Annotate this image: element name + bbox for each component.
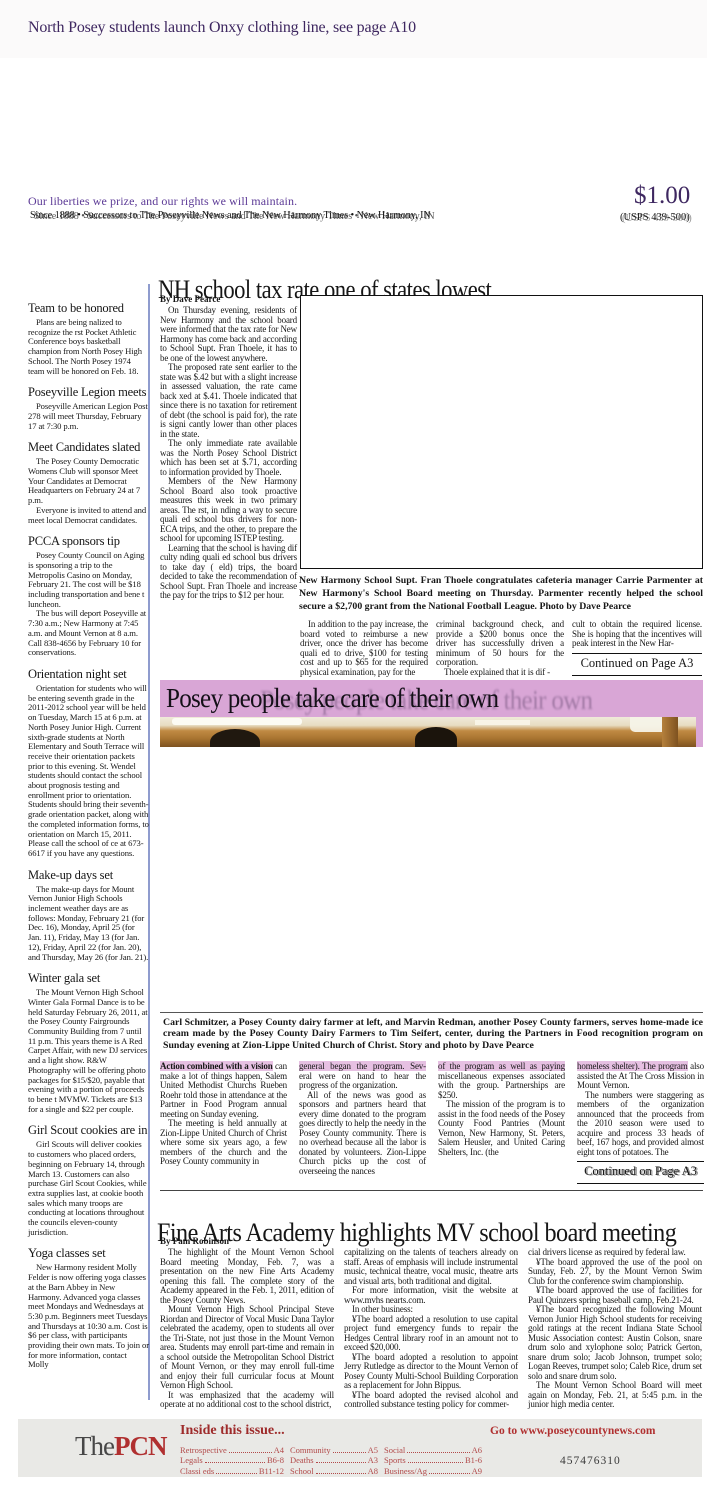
posey-col4-paragraph: homeless shelter). The program also assi… — [577, 1062, 704, 1091]
brief-title: Meet Candidates slated — [28, 440, 149, 455]
dot-leader — [333, 1452, 366, 1453]
paragraph: Mount Vernon High School Principal Steve… — [160, 1305, 334, 1391]
lead-continuation: eral were on hand to hear the progress o… — [299, 1071, 426, 1091]
brief-title: Yoga classes set — [28, 1246, 149, 1261]
index-row: SocialA6 — [384, 1444, 482, 1455]
index-row: Business/AgA9 — [384, 1465, 482, 1476]
finearts-article-headline: Fine Arts Academy highlights MV school b… — [157, 1218, 676, 1248]
index-row: SchoolA8 — [290, 1465, 378, 1476]
since-line-ghost: Since 1888 • Successors to The Poseyvill… — [34, 211, 435, 222]
index-label: Business/Ag — [384, 1466, 427, 1476]
inside-issue-title: Inside this issue... — [180, 1423, 285, 1439]
index-label: Social — [384, 1445, 405, 1455]
highlighted-lead: homeless shelter). The program — [577, 1061, 688, 1071]
paragraph: ¥The board approved the use of facilitie… — [528, 1286, 702, 1305]
paragraph: ¥The board adopted a resolution to use c… — [344, 1315, 518, 1353]
index-page: B11-12 — [259, 1466, 284, 1476]
paragraph: ¥The board adopted a resolution to appoi… — [344, 1353, 518, 1391]
index-row: CommunityA5 — [290, 1444, 378, 1455]
index-row: DeathsA3 — [290, 1455, 378, 1466]
index-row: SportsB1-6 — [384, 1455, 482, 1466]
nh-col3-paragraph: Thoele explained that it is dif - — [436, 668, 564, 678]
index-page: A4 — [274, 1445, 284, 1455]
top-teaser-text: North Posey students launch Onxy clothin… — [28, 19, 416, 37]
index-column-1: RetrospectiveA4 LegalsB6-8 Classi edsB11… — [180, 1444, 284, 1476]
paragraph: The bus will deport Poseyville at 7:30 a… — [28, 609, 149, 658]
paragraph: The only immediate rate available was th… — [160, 439, 297, 477]
nh-article-byline: By Dave Pearce — [160, 294, 220, 304]
brief-winter-gala: Winter gala set The Mount Vernon High Sc… — [28, 971, 149, 1114]
dot-leader — [205, 1462, 265, 1463]
footer-band: ThePCN Inside this issue... Retrospectiv… — [18, 1419, 702, 1477]
nh-photo-caption: New Harmony School Supt. Fran Thoele con… — [299, 574, 703, 613]
paragraph: The proposed rate sent earlier to the st… — [160, 363, 297, 439]
brief-body: Orientation for students who will be ent… — [28, 684, 149, 859]
brief-title: Team to be honored — [28, 301, 149, 316]
paragraph: New Harmony resident Molly Felder is now… — [28, 1263, 149, 1370]
brief-pcca-trip: PCCA sponsors tip Posey County Council o… — [28, 534, 149, 658]
masthead-since-line: Since 1888 • Successors to The Poseyvill… — [30, 210, 431, 221]
dot-leader — [316, 1462, 366, 1463]
index-page: B1-6 — [465, 1455, 482, 1465]
brief-body: The Mount Vernon High School Winter Gala… — [28, 988, 149, 1114]
posey-col3-paragraph: The mission of the program is to assist … — [438, 1100, 565, 1157]
index-page: B6-8 — [267, 1455, 284, 1465]
posey-col4-paragraph: The numbers were staggering as members o… — [577, 1091, 704, 1158]
index-label: Legals — [180, 1455, 203, 1465]
pcn-logo-the: The — [75, 1431, 114, 1461]
posey-article-column-4: homeless shelter). The program also assi… — [577, 1062, 704, 1184]
index-row: RetrospectiveA4 — [180, 1444, 284, 1455]
posey-col3-paragraph: of the program as well as paying miscell… — [438, 1062, 565, 1100]
brief-body: Poseyville American Legion Post 278 will… — [28, 402, 149, 431]
paragraph: For more information, visit the website … — [344, 1286, 518, 1305]
paragraph: The highlight of the Mount Vernon School… — [160, 1248, 334, 1305]
paragraph: Orientation for students who will be ent… — [28, 684, 149, 859]
brief-body: The make-up days for Mount Vernon Junior… — [28, 885, 149, 963]
posey-photo-caption: Carl Schmitzer, a Posey County dairy far… — [163, 1017, 703, 1051]
paragraph: Learning that the school is having dif c… — [160, 544, 297, 601]
caption-rule — [160, 1012, 703, 1013]
paragraph: capitalizing on the talents of teachers … — [344, 1248, 518, 1286]
dot-leader — [229, 1452, 272, 1453]
brief-team-honored: Team to be honored Plans are being naliz… — [28, 301, 149, 376]
brief-title: PCCA sponsors tip — [28, 534, 149, 549]
paragraph: Plans are being nalized to recognize the… — [28, 318, 149, 376]
brief-makeup-days: Make-up days set The make-up days for Mo… — [28, 868, 149, 963]
issue-code: 457476310 — [560, 1455, 621, 1467]
cover-price: $1.00 — [634, 182, 690, 210]
dot-leader — [408, 1462, 463, 1463]
paragraph: Posey County Council on Aging is sponsor… — [28, 551, 149, 609]
highlighted-lead: general began the program. Sev- — [299, 1061, 426, 1071]
brief-body: The Posey County Democratic Womens Club … — [28, 457, 149, 525]
posey-banner-headline: Posey people take care of their own — [166, 683, 498, 714]
index-label: School — [290, 1466, 314, 1476]
nh-article-column-2: In addition to the pay increase, the boa… — [300, 620, 428, 677]
index-column-2: CommunityA5 DeathsA3 SchoolA8 — [290, 1444, 378, 1476]
index-label: Sports — [384, 1455, 406, 1465]
person-silhouette — [415, 727, 457, 747]
posey-col1-paragraph: Action combined with a vision can make a… — [160, 1062, 287, 1119]
posey-article-column-2: general began the program. Sev- eral wer… — [299, 1062, 426, 1176]
index-page: A6 — [472, 1445, 482, 1455]
index-column-3: SocialA6 SportsB1-6 Business/AgA9 — [384, 1444, 482, 1476]
paragraph: On Thursday evening, residents of New Ha… — [160, 306, 297, 363]
paragraph: ¥The board recognized the following Moun… — [528, 1305, 702, 1381]
brief-yoga-classes: Yoga classes set New Harmony resident Mo… — [28, 1246, 149, 1370]
nh-continued-tag: Continued on Page A3 — [572, 653, 702, 676]
brief-title: Girl Scout cookies are in — [28, 1123, 149, 1138]
posey-article-column-3: of the program as well as paying miscell… — [438, 1062, 565, 1157]
index-page: A8 — [368, 1466, 378, 1476]
posey-article-column-1: Action combined with a vision can make a… — [160, 1062, 287, 1167]
index-row: LegalsB6-8 — [180, 1455, 284, 1466]
posey-continued-tag: Continued on Page A3 — [577, 1161, 704, 1184]
nh-article-column-4: cult to obtain the required license. She… — [572, 620, 702, 676]
brief-body: Posey County Council on Aging is sponsor… — [28, 551, 149, 658]
usps-number: (USPS 439-500) — [620, 212, 690, 223]
paragraph: Everyone is invited to attend and meet l… — [28, 506, 149, 525]
index-page: A5 — [368, 1445, 378, 1455]
index-row: Classi edsB11-12 — [180, 1465, 284, 1476]
finearts-column-1: The highlight of the Mount Vernon School… — [160, 1248, 334, 1410]
posey-photo-strip — [160, 717, 703, 747]
nh-col4-paragraph: cult to obtain the required license. She… — [572, 620, 702, 649]
paragraph: ¥The board approved the use of the pool … — [528, 1258, 702, 1287]
brief-legion-meets: Poseyville Legion meets Poseyville Ameri… — [28, 385, 149, 431]
index-label: Retrospective — [180, 1445, 227, 1455]
brief-girl-scout-cookies: Girl Scout cookies are in Girl Scouts wi… — [28, 1123, 149, 1237]
paragraph: Girl Scouts will deliver cookies to cust… — [28, 1140, 149, 1237]
highlighted-lead: of the program as well as paying — [438, 1061, 565, 1071]
nh-col3-paragraph: criminal background check, and provide a… — [436, 620, 564, 668]
lead-continuation: miscellaneous expenses associated with t… — [438, 1071, 565, 1100]
news-briefs-sidebar: Team to be honored Plans are being naliz… — [28, 292, 149, 1370]
index-label: Deaths — [290, 1455, 314, 1465]
posey-col2-paragraph: All of the news was good as sponsors and… — [299, 1091, 426, 1177]
posey-col1-paragraph: The meeting is held annually at Zion-Lip… — [160, 1119, 287, 1167]
nh-board-photo-frame — [300, 295, 703, 569]
finearts-column-2: capitalizing on the talents of teachers … — [344, 1248, 518, 1410]
pink-edge — [696, 717, 703, 747]
dot-leader — [407, 1452, 469, 1453]
posey-banner: Posey people take care of their own Pose… — [160, 680, 703, 717]
brief-orientation-night: Orientation night set Orientation for st… — [28, 667, 149, 859]
nh-col2-paragraph: In addition to the pay increase, the boa… — [300, 620, 428, 677]
paragraph: Poseyville American Legion Post 278 will… — [28, 402, 149, 431]
brief-body: Girl Scouts will deliver cookies to cust… — [28, 1140, 149, 1237]
wood-post — [662, 717, 678, 747]
paragraph: The Mount Vernon High School Winter Gala… — [28, 988, 149, 1114]
finearts-column-3: cial drivers license as required by fede… — [528, 1248, 702, 1410]
brief-title: Orientation night set — [28, 667, 149, 682]
brief-body: New Harmony resident Molly Felder is now… — [28, 1263, 149, 1370]
paragraph: It was emphasized that the academy will … — [160, 1391, 334, 1410]
brief-title: Winter gala set — [28, 971, 149, 986]
dot-leader — [316, 1473, 366, 1474]
dot-leader — [216, 1473, 257, 1474]
index-label: Classi eds — [180, 1466, 214, 1476]
lead-continuation: can make a lot of things happen, Salem U… — [160, 1061, 287, 1119]
nh-article-column-1: On Thursday evening, residents of New Ha… — [160, 306, 297, 601]
brief-body: Plans are being nalized to recognize the… — [28, 318, 149, 376]
brief-meet-candidates: Meet Candidates slated The Posey County … — [28, 440, 149, 525]
nh-article-column-3: criminal background check, and provide a… — [436, 620, 564, 677]
section-divider-rule — [160, 1190, 703, 1191]
newspaper-front-page: North Posey students launch Onxy clothin… — [0, 0, 707, 1500]
paragraph: The Mount Vernon School Board will meet … — [528, 1381, 702, 1410]
finearts-article-byline: By Pam Robinson — [160, 1236, 229, 1246]
paragraph: The Posey County Democratic Womens Club … — [28, 457, 149, 506]
ceiling-light — [172, 718, 302, 725]
index-page: A3 — [368, 1455, 378, 1465]
index-label: Community — [290, 1445, 331, 1455]
dot-leader — [429, 1473, 470, 1474]
person-silhouette — [210, 729, 260, 747]
pcn-logo: ThePCN — [75, 1431, 166, 1462]
posey-col2-paragraph: general began the program. Sev- eral wer… — [299, 1062, 426, 1091]
paragraph: The make-up days for Mount Vernon Junior… — [28, 885, 149, 963]
highlighted-lead: Action combined with a vision — [160, 1061, 273, 1071]
paragraph: Members of the New Harmony School Board … — [160, 477, 297, 544]
index-page: A9 — [472, 1466, 482, 1476]
pcn-logo-pcn: PCN — [114, 1431, 167, 1461]
brief-title: Poseyville Legion meets — [28, 385, 149, 400]
brief-title: Make-up days set — [28, 868, 149, 883]
ceiling-light — [475, 720, 530, 725]
website-link[interactable]: Go to www.poseycountynews.com — [490, 1425, 655, 1437]
masthead-motto: Our liberties we prize, and our rights w… — [28, 194, 297, 209]
paragraph: ¥The board adopted the revised alcohol a… — [344, 1391, 518, 1410]
